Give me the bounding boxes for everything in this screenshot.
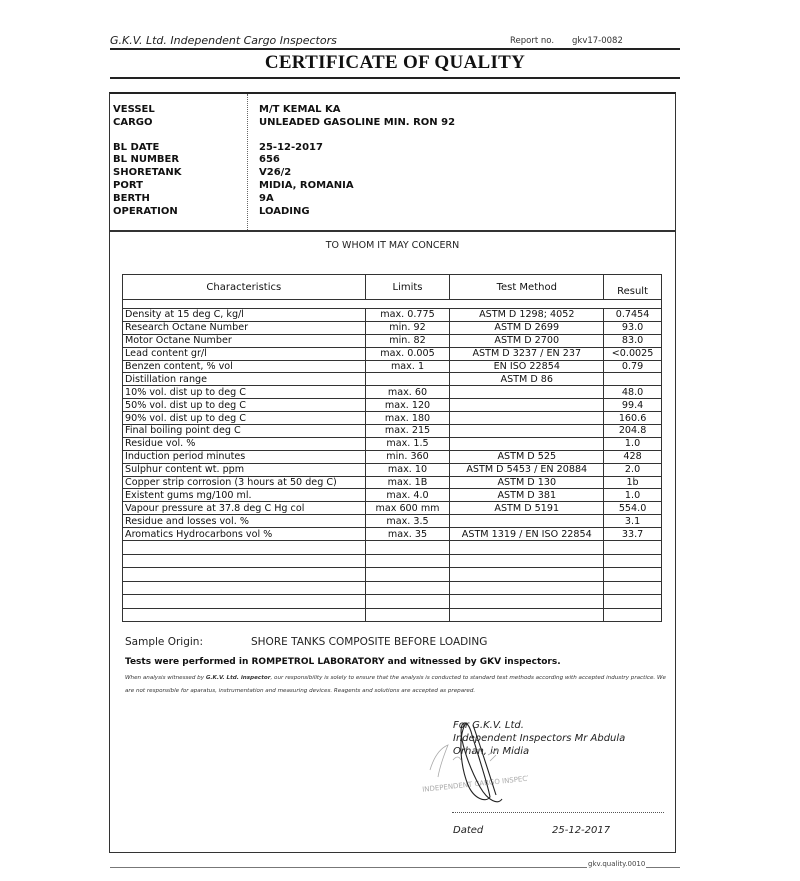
cell-characteristic: Vapour pressure at 37.8 deg C Hg col [123,502,366,515]
cell-limit: max. 215 [365,425,450,438]
cell-limit: max. 1B [365,476,450,489]
cell-characteristic: Benzen content, % vol [123,360,366,373]
cell-test-method: ASTM D 2700 [450,334,604,347]
table-row: 50% vol. dist up to deg Cmax. 12099.4 [123,399,662,412]
vessel-info-labels: VESSEL CARGO BL DATE BL NUMBER SHORETANK… [113,104,182,218]
cell-test-method: ASTM 1319 / EN ISO 22854 [450,528,604,541]
cell-characteristic: Density at 15 deg C, kg/l [123,309,366,322]
vessel-info-section: VESSEL CARGO BL DATE BL NUMBER SHORETANK… [110,94,675,232]
table-row: Aromatics Hydrocarbons vol %max. 35ASTM … [123,528,662,541]
value-port: MIDIA, ROMANIA [259,180,455,193]
header-result: Result [604,275,662,300]
cell-limit: max. 35 [365,528,450,541]
cell-limit [365,373,450,386]
table-empty-row [123,541,662,555]
sample-origin-label: Sample Origin: [125,636,203,648]
cell-limit: min. 92 [365,321,450,334]
report-number-label: Report no. [510,36,554,46]
label-vessel: VESSEL [113,104,182,117]
cell-limit: max. 10 [365,463,450,476]
title-divider [110,77,680,79]
label-shoretank: SHORETANK [113,167,182,180]
cell-limit: max. 0.775 [365,309,450,322]
cell-characteristic: Induction period minutes [123,450,366,463]
cell-characteristic: Final boiling point deg C [123,425,366,438]
dated-value: 25-12-2017 [552,825,610,836]
signature-stamp-icon: INDEPENDENT CARGO INSPECTORS [418,715,528,805]
cell-result: 0.79 [604,360,662,373]
cell-limit: max. 4.0 [365,489,450,502]
cell-test-method [450,399,604,412]
cell-result: 48.0 [604,386,662,399]
cell-characteristic: Lead content gr/l [123,347,366,360]
table-row: Existent gums mg/100 ml.max. 4.0ASTM D 3… [123,489,662,502]
cell-result: 33.7 [604,528,662,541]
table-row: Final boiling point deg Cmax. 215204.8 [123,425,662,438]
cell-test-method [450,386,604,399]
table-empty-row [123,554,662,568]
cell-characteristic: Residue and losses vol. % [123,515,366,528]
cell-characteristic: Sulphur content wt. ppm [123,463,366,476]
label-bl-number: BL NUMBER [113,154,182,167]
cell-result: 1.0 [604,437,662,450]
cell-test-method [450,515,604,528]
value-cargo: UNLEADED GASOLINE MIN. RON 92 [259,117,455,130]
cell-result: 93.0 [604,321,662,334]
value-bl-date: 25-12-2017 [259,142,455,155]
table-empty-row [123,608,662,622]
cell-characteristic: Distillation range [123,373,366,386]
sample-origin-value: SHORE TANKS COMPOSITE BEFORE LOADING [251,636,487,648]
table-row: Residue vol. %max. 1.51.0 [123,437,662,450]
laboratory-note: Tests were performed in ROMPETROL LABORA… [125,657,561,667]
cell-limit: max. 120 [365,399,450,412]
cell-characteristic: Aromatics Hydrocarbons vol % [123,528,366,541]
cell-characteristic: 10% vol. dist up to deg C [123,386,366,399]
cell-test-method: ASTM D 5453 / EN 20884 [450,463,604,476]
table-empty-row [123,581,662,595]
cell-limit: min. 82 [365,334,450,347]
cell-result: 554.0 [604,502,662,515]
cell-test-method: ASTM D 3237 / EN 237 [450,347,604,360]
disclaimer-inspector: G.K.V. Ltd. inspector [206,675,271,681]
table-row: Motor Octane Numbermin. 82ASTM D 270083.… [123,334,662,347]
cell-test-method [450,437,604,450]
value-operation: LOADING [259,206,455,219]
cell-limit: max. 0.005 [365,347,450,360]
cell-test-method [450,425,604,438]
signature-rule [452,812,664,813]
cell-limit: max. 1.5 [365,437,450,450]
table-row: Induction period minutesmin. 360ASTM D 5… [123,450,662,463]
cell-result: 83.0 [604,334,662,347]
cell-characteristic: 90% vol. dist up to deg C [123,412,366,425]
table-row: Density at 15 deg C, kg/lmax. 0.775ASTM … [123,309,662,322]
table-empty-row [123,595,662,609]
document-header: G.K.V. Ltd. Independent Cargo Inspectors… [110,34,680,50]
header-test-method: Test Method [450,275,604,300]
table-body: Density at 15 deg C, kg/lmax. 0.775ASTM … [123,300,662,622]
disclaimer: When analysis witnessed by G.K.V. Ltd. i… [125,672,670,698]
cell-result: <0.0025 [604,347,662,360]
table-header-row: Characteristics Limits Test Method Resul… [123,275,662,300]
cell-characteristic: Copper strip corrosion (3 hours at 50 de… [123,476,366,489]
cell-characteristic: Residue vol. % [123,437,366,450]
table-row: Benzen content, % volmax. 1EN ISO 228540… [123,360,662,373]
cell-result: 1b [604,476,662,489]
cell-limit: max 600 mm [365,502,450,515]
value-shoretank: V26/2 [259,167,455,180]
value-berth: 9A [259,193,455,206]
company-name: G.K.V. Ltd. Independent Cargo Inspectors [110,34,337,47]
table-row: 90% vol. dist up to deg Cmax. 180160.6 [123,412,662,425]
cell-test-method [450,412,604,425]
form-code: gkv.quality.0010 [587,860,646,868]
table-row: Copper strip corrosion (3 hours at 50 de… [123,476,662,489]
vessel-info-divider [247,94,248,230]
cell-characteristic: Motor Octane Number [123,334,366,347]
quality-spec-table: Characteristics Limits Test Method Resul… [122,274,662,622]
certificate-body: VESSEL CARGO BL DATE BL NUMBER SHORETANK… [109,92,676,853]
cell-limit: min. 360 [365,450,450,463]
cell-result [604,373,662,386]
cell-limit: max. 3.5 [365,515,450,528]
table-row: Distillation rangeASTM D 86 [123,373,662,386]
cell-result: 160.6 [604,412,662,425]
header-characteristics: Characteristics [123,275,366,300]
cell-characteristic: 50% vol. dist up to deg C [123,399,366,412]
label-cargo: CARGO [113,117,182,130]
cell-test-method: ASTM D 130 [450,476,604,489]
cell-test-method: ASTM D 1298; 4052 [450,309,604,322]
cell-characteristic: Research Octane Number [123,321,366,334]
report-number: gkv17-0082 [572,36,623,46]
document-title: CERTIFICATE OF QUALITY [110,52,680,74]
cell-result: 1.0 [604,489,662,502]
label-operation: OPERATION [113,206,182,219]
cell-limit: max. 180 [365,412,450,425]
salutation: TO WHOM IT MAY CONCERN [110,240,675,251]
label-berth: BERTH [113,193,182,206]
cell-result: 204.8 [604,425,662,438]
cell-result: 3.1 [604,515,662,528]
cell-limit: max. 60 [365,386,450,399]
table-row: Residue and losses vol. %max. 3.53.1 [123,515,662,528]
table-row: Sulphur content wt. ppmmax. 10ASTM D 545… [123,463,662,476]
cell-test-method: EN ISO 22854 [450,360,604,373]
table-spacer-row [123,300,662,309]
vessel-info-values: M/T KEMAL KA UNLEADED GASOLINE MIN. RON … [259,104,455,218]
cell-test-method: ASTM D 525 [450,450,604,463]
cell-test-method: ASTM D 381 [450,489,604,502]
label-bl-date: BL DATE [113,142,182,155]
cell-test-method: ASTM D 2699 [450,321,604,334]
value-vessel: M/T KEMAL KA [259,104,455,117]
cell-characteristic: Existent gums mg/100 ml. [123,489,366,502]
dated-label: Dated [453,825,483,836]
cell-result: 0.7454 [604,309,662,322]
value-bl-number: 656 [259,154,455,167]
cell-result: 2.0 [604,463,662,476]
cell-result: 99.4 [604,399,662,412]
table-row: Vapour pressure at 37.8 deg C Hg colmax … [123,502,662,515]
cell-limit: max. 1 [365,360,450,373]
cell-test-method: ASTM D 86 [450,373,604,386]
header-limits: Limits [365,275,450,300]
cell-result: 428 [604,450,662,463]
table-row: Lead content gr/lmax. 0.005ASTM D 3237 /… [123,347,662,360]
table-row: Research Octane Numbermin. 92ASTM D 2699… [123,321,662,334]
label-port: PORT [113,180,182,193]
cell-test-method: ASTM D 5191 [450,502,604,515]
table-row: 10% vol. dist up to deg Cmax. 6048.0 [123,386,662,399]
table-empty-row [123,568,662,582]
